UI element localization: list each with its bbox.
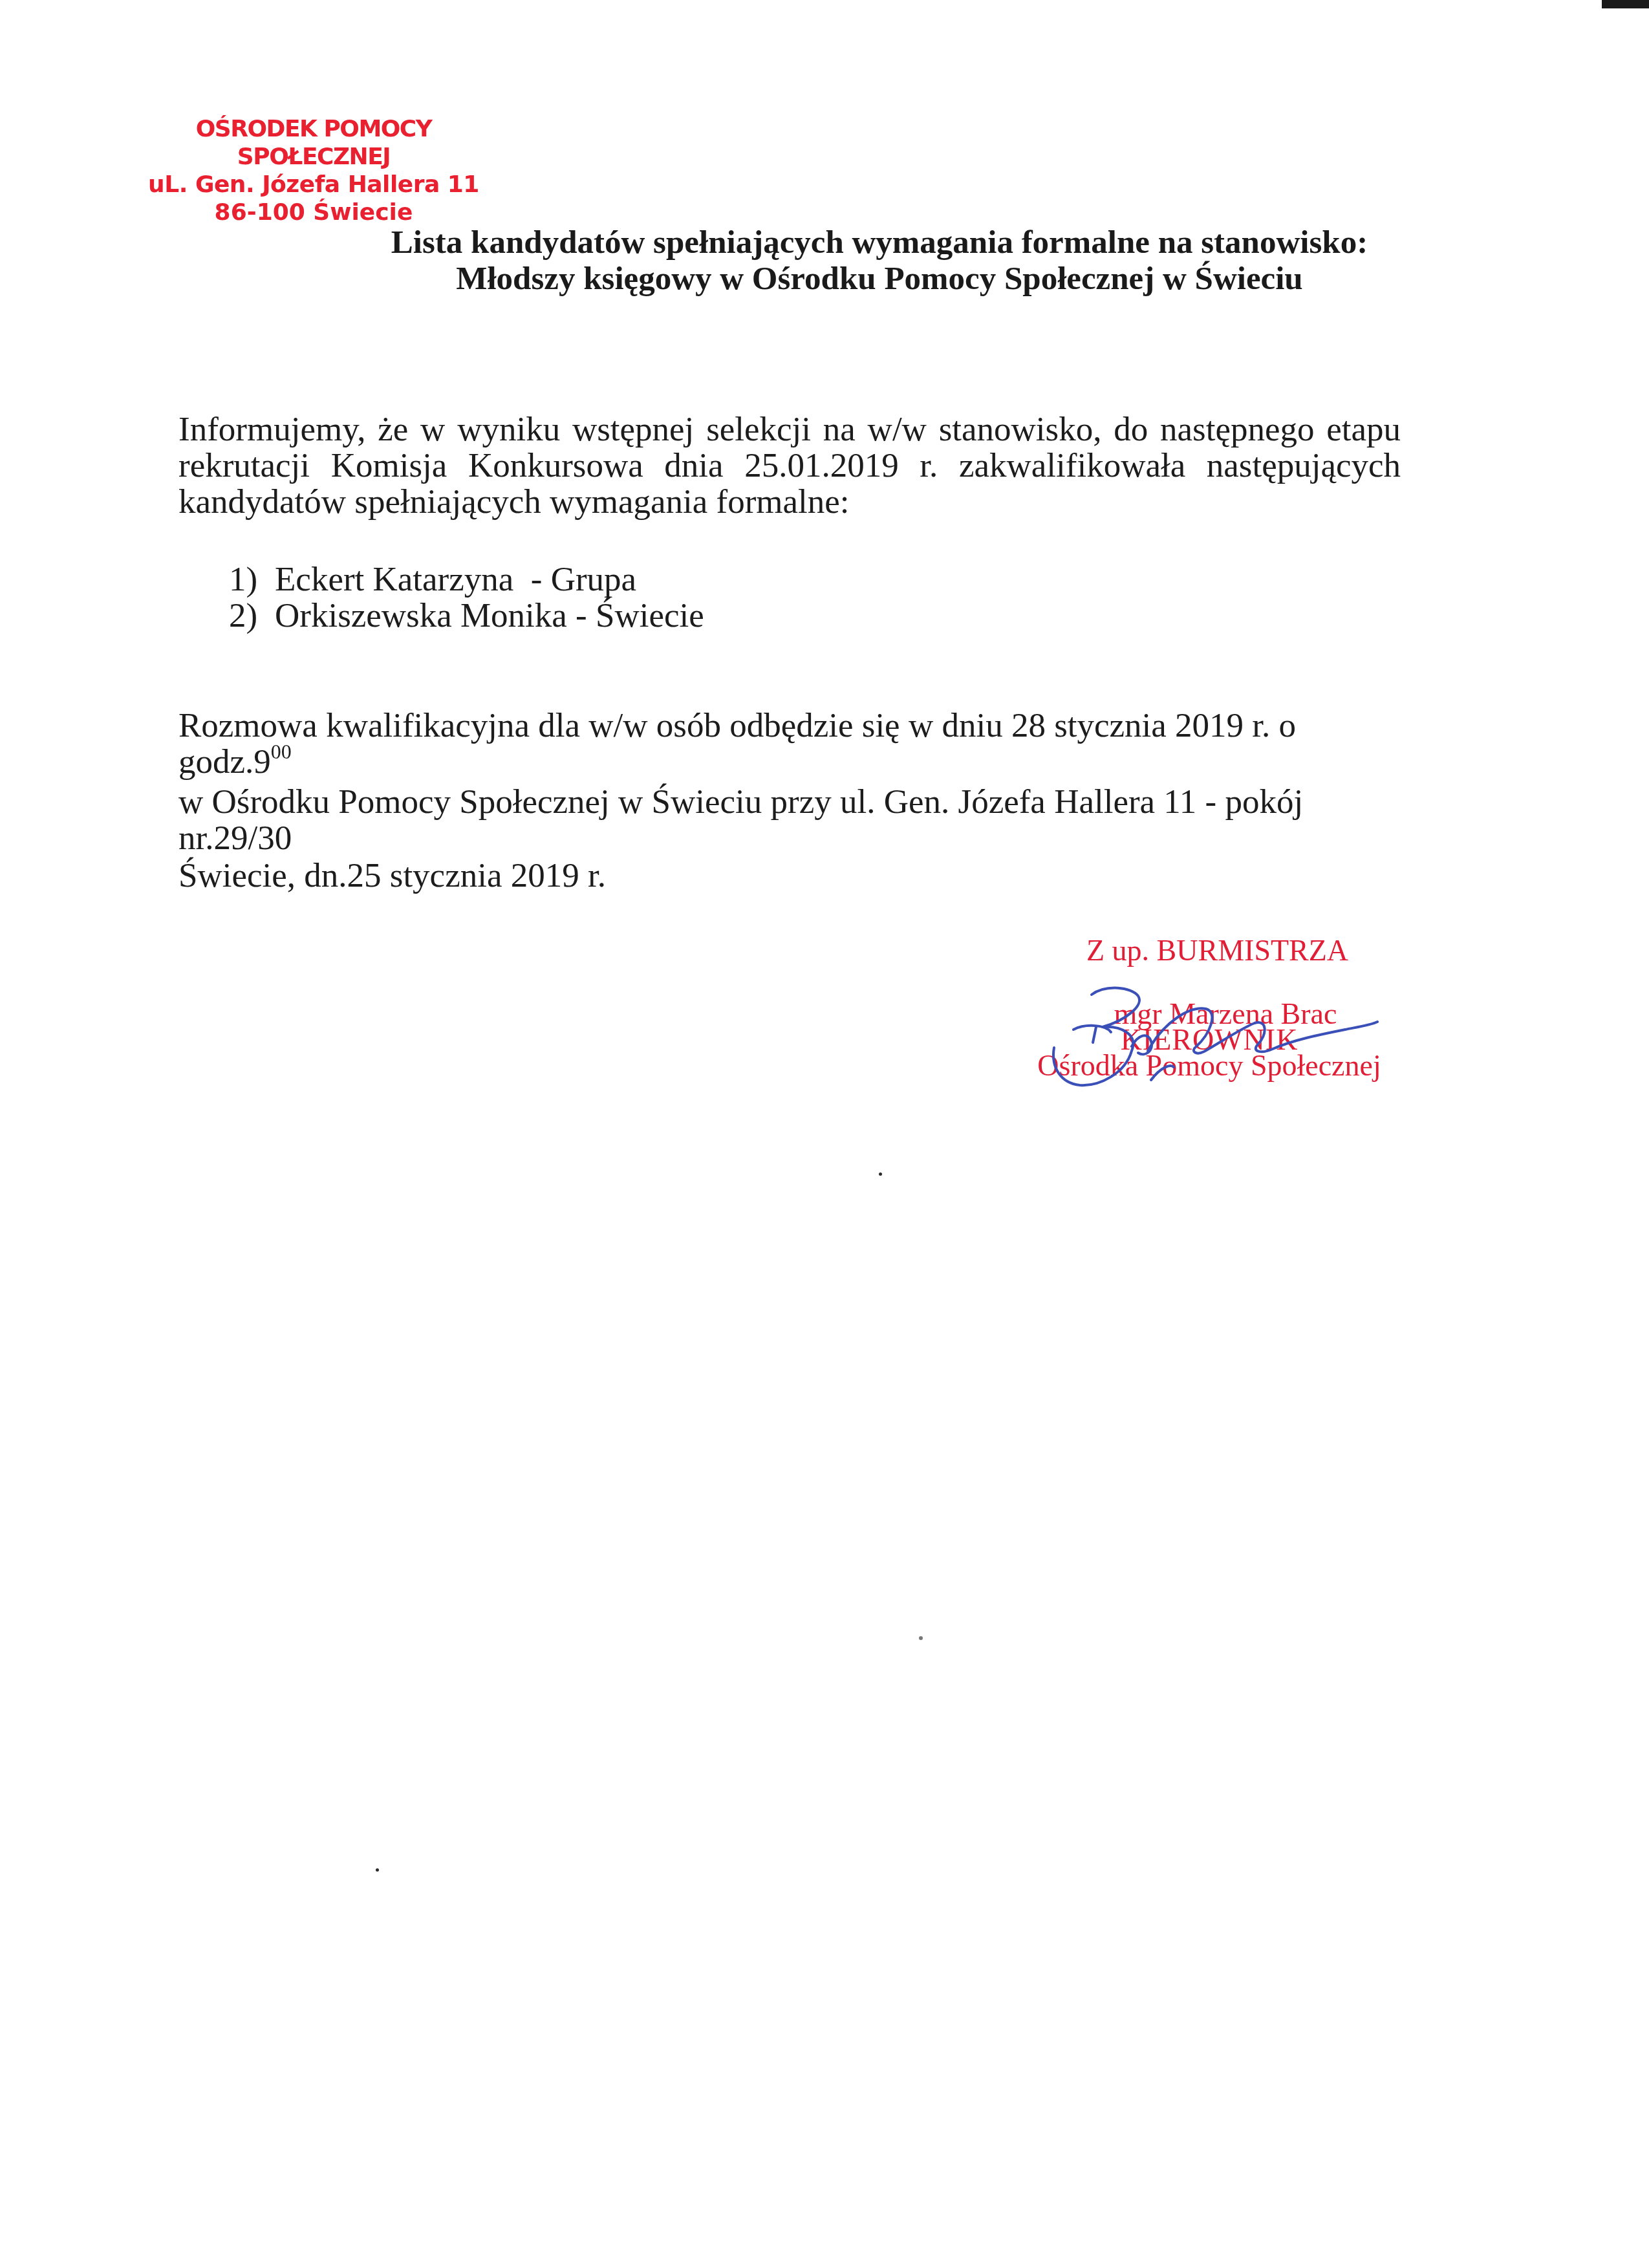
intro-paragraph: Informujemy, że w wyniku wstępnej selekc… — [178, 411, 1401, 520]
scan-edge-mark — [1602, 0, 1649, 8]
scan-speck — [879, 1172, 882, 1176]
interview-line-1-text: Rozmowa kwalifikacyjna dla w/w osób odbę… — [178, 707, 1296, 781]
institution-stamp: OŚRODEK POMOCY SPOŁECZNEJ uL. Gen. Józef… — [123, 115, 504, 226]
interview-line-1: Rozmowa kwalifikacyjna dla w/w osób odbę… — [178, 707, 1401, 784]
stamp-postal-city: 86-100 Świecie — [123, 199, 504, 226]
list-item-number: 1) — [229, 561, 275, 598]
interview-line-2: w Ośrodku Pomocy Społecznej w Świeciu pr… — [178, 784, 1401, 856]
list-item: 2) Orkiszewska Monika - Świecie — [229, 598, 704, 634]
list-item-text: Orkiszewska Monika - Świecie — [275, 598, 704, 634]
stamp-street-address: uL. Gen. Józefa Hallera 11 — [123, 171, 504, 199]
candidate-list: 1) Eckert Katarzyna - Grupa 2) Orkiszews… — [229, 561, 704, 634]
title-line-1: Lista kandydatów spełniających wymagania… — [110, 224, 1649, 261]
place-date-line: Świecie, dn.25 stycznia 2019 r. — [178, 858, 1401, 894]
interview-paragraph: Rozmowa kwalifikacyjna dla w/w osób odbę… — [178, 707, 1401, 856]
handwritten-signature — [1035, 970, 1397, 1099]
list-item: 1) Eckert Katarzyna - Grupa — [229, 561, 704, 598]
list-item-number: 2) — [229, 598, 275, 634]
document-title: Lista kandydatów spełniających wymagania… — [0, 224, 1649, 297]
authority-stamp: Z up. BURMISTRZA — [1086, 938, 1332, 964]
interview-time-minutes: 00 — [271, 740, 292, 763]
list-item-text: Eckert Katarzyna - Grupa — [275, 561, 636, 598]
scan-speck — [376, 1868, 379, 1872]
title-line-2: Młodszy księgowy w Ośrodku Pomocy Społec… — [110, 261, 1649, 297]
stamp-institution-name: OŚRODEK POMOCY SPOŁECZNEJ — [123, 115, 504, 171]
scan-speck — [919, 1636, 923, 1640]
